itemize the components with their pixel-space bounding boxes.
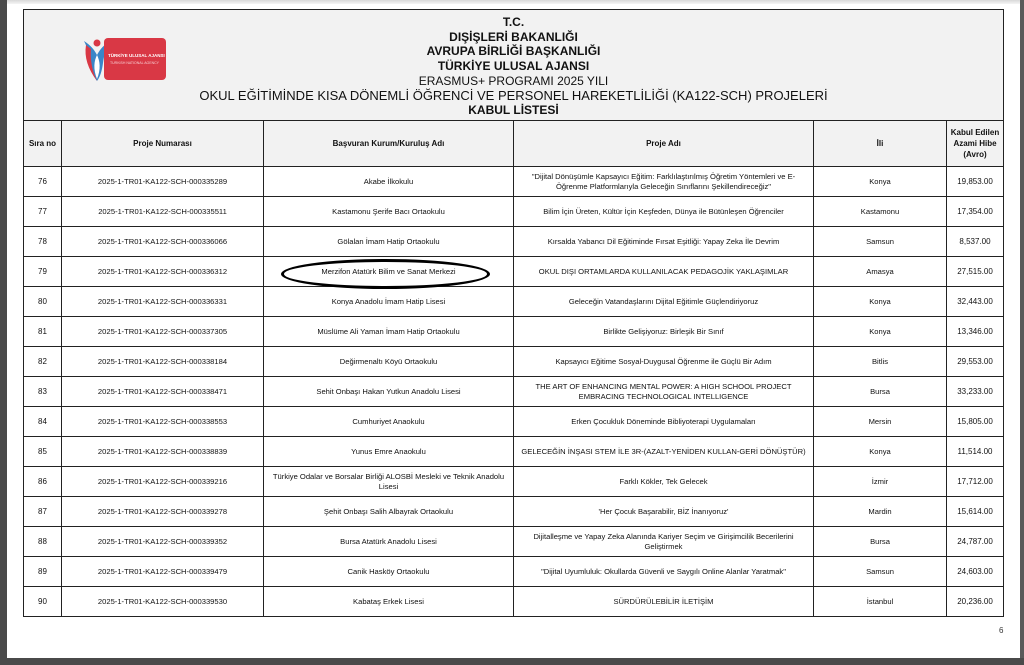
cell-kurum: Yunus Emre Anaokulu bbox=[264, 437, 514, 467]
col-header-hibe: Kabul Edilen Azami Hibe (Avro) bbox=[947, 121, 1004, 167]
title-block: T.C. DIŞİŞLERİ BAKANLIĞI AVRUPA BİRLİĞİ … bbox=[24, 12, 1003, 118]
cell-il: Kastamonu bbox=[814, 197, 947, 227]
cell-il: Amasya bbox=[814, 257, 947, 287]
table-row: 902025-1-TR01-KA122-SCH-000339530Kabataş… bbox=[24, 587, 1004, 617]
cell-hibe: 32,443.00 bbox=[947, 287, 1004, 317]
title-line-tc: T.C. bbox=[24, 15, 1003, 30]
cell-proje-adi: Farklı Kökler, Tek Gelecek bbox=[514, 467, 814, 497]
cell-proje-adi: "Dijital Uyumluluk: Okullarda Güvenli ve… bbox=[514, 557, 814, 587]
cell-kurum: Gölalan İmam Hatip Ortaokulu bbox=[264, 227, 514, 257]
cell-sira: 85 bbox=[24, 437, 62, 467]
cell-sira: 86 bbox=[24, 467, 62, 497]
cell-kurum: Bursa Atatürk Anadolu Lisesi bbox=[264, 527, 514, 557]
viewer-bottom-edge bbox=[0, 658, 1024, 665]
cell-proje-no: 2025-1-TR01-KA122-SCH-000335511 bbox=[62, 197, 264, 227]
cell-kurum: Kastamonu Şerife Bacı Ortaokulu bbox=[264, 197, 514, 227]
cell-proje-no: 2025-1-TR01-KA122-SCH-000338553 bbox=[62, 407, 264, 437]
cell-proje-adi: Birlikte Gelişiyoruz: Birleşik Bir Sınıf bbox=[514, 317, 814, 347]
cell-proje-no: 2025-1-TR01-KA122-SCH-000338184 bbox=[62, 347, 264, 377]
cell-sira: 89 bbox=[24, 557, 62, 587]
cell-kurum: Sehit Onbaşı Hakan Yutkun Anadolu Lisesi bbox=[264, 377, 514, 407]
cell-il: Mardin bbox=[814, 497, 947, 527]
cell-il: Bursa bbox=[814, 377, 947, 407]
turkish-national-agency-logo: TÜRKİYE ULUSAL AJANSI TURKISH NATIONAL A… bbox=[82, 36, 168, 82]
table-row: 872025-1-TR01-KA122-SCH-000339278Şehit O… bbox=[24, 497, 1004, 527]
cell-proje-adi: "Dijital Dönüşümle Kapsayıcı Eğitim: Far… bbox=[514, 167, 814, 197]
cell-hibe: 29,553.00 bbox=[947, 347, 1004, 377]
cell-proje-no: 2025-1-TR01-KA122-SCH-000339278 bbox=[62, 497, 264, 527]
title-line-ministry: DIŞİŞLERİ BAKANLIĞI bbox=[24, 30, 1003, 45]
cell-il: Konya bbox=[814, 287, 947, 317]
cell-sira: 77 bbox=[24, 197, 62, 227]
cell-hibe: 17,712.00 bbox=[947, 467, 1004, 497]
table-row: 802025-1-TR01-KA122-SCH-000336331Konya A… bbox=[24, 287, 1004, 317]
viewer-right-edge bbox=[1020, 0, 1024, 665]
table-row: 772025-1-TR01-KA122-SCH-000335511Kastamo… bbox=[24, 197, 1004, 227]
cell-kurum: Konya Anadolu İmam Hatip Lisesi bbox=[264, 287, 514, 317]
cell-proje-adi: SÜRDÜRÜLEBİLİR İLETİŞİM bbox=[514, 587, 814, 617]
title-line-action: OKUL EĞİTİMİNDE KISA DÖNEMLİ ÖĞRENCİ VE … bbox=[24, 89, 1003, 104]
table-row: 792025-1-TR01-KA122-SCH-000336312Merzifo… bbox=[24, 257, 1004, 287]
cell-proje-adi: THE ART OF ENHANCING MENTAL POWER: A HIG… bbox=[514, 377, 814, 407]
cell-proje-adi: OKUL DIŞI ORTAMLARDA KULLANILACAK PEDAGO… bbox=[514, 257, 814, 287]
cell-proje-no: 2025-1-TR01-KA122-SCH-000339352 bbox=[62, 527, 264, 557]
cell-hibe: 8,537.00 bbox=[947, 227, 1004, 257]
cell-proje-adi: Kapsayıcı Eğitime Sosyal-Duygusal Öğrenm… bbox=[514, 347, 814, 377]
table-row: 842025-1-TR01-KA122-SCH-000338553Cumhuri… bbox=[24, 407, 1004, 437]
acceptance-list-table: TÜRKİYE ULUSAL AJANSI TURKISH NATIONAL A… bbox=[23, 9, 1004, 617]
cell-sira: 76 bbox=[24, 167, 62, 197]
cell-il: Konya bbox=[814, 317, 947, 347]
col-header-proje-adi: Proje Adı bbox=[514, 121, 814, 167]
table-row: 812025-1-TR01-KA122-SCH-000337305Müslüme… bbox=[24, 317, 1004, 347]
cell-il: Konya bbox=[814, 437, 947, 467]
cell-proje-adi: Bilim İçin Üreten, Kültür İçin Keşfeden,… bbox=[514, 197, 814, 227]
logo-subtitle: TURKISH NATIONAL AGENCY bbox=[110, 58, 159, 68]
cell-il: İzmir bbox=[814, 467, 947, 497]
viewer-top-edge bbox=[7, 0, 1024, 4]
cell-hibe: 19,853.00 bbox=[947, 167, 1004, 197]
cell-hibe: 13,346.00 bbox=[947, 317, 1004, 347]
cell-hibe: 24,603.00 bbox=[947, 557, 1004, 587]
cell-kurum: Canik Hasköy Ortaokulu bbox=[264, 557, 514, 587]
table-body: 762025-1-TR01-KA122-SCH-000335289Akabe İ… bbox=[24, 167, 1004, 617]
cell-proje-no: 2025-1-TR01-KA122-SCH-000337305 bbox=[62, 317, 264, 347]
cell-proje-adi: GELECEĞİN İNŞASI STEM İLE 3R-(AZALT-YENİ… bbox=[514, 437, 814, 467]
cell-sira: 87 bbox=[24, 497, 62, 527]
cell-sira: 84 bbox=[24, 407, 62, 437]
table-row: 862025-1-TR01-KA122-SCH-000339216Türkiye… bbox=[24, 467, 1004, 497]
cell-proje-no: 2025-1-TR01-KA122-SCH-000336331 bbox=[62, 287, 264, 317]
table-row: 892025-1-TR01-KA122-SCH-000339479Canik H… bbox=[24, 557, 1004, 587]
table-row: 832025-1-TR01-KA122-SCH-000338471Sehit O… bbox=[24, 377, 1004, 407]
cell-proje-adi: Erken Çocukluk Döneminde Bibliyoterapi U… bbox=[514, 407, 814, 437]
cell-sira: 81 bbox=[24, 317, 62, 347]
cell-proje-adi: 'Her Çocuk Başarabilir, BİZ İnanıyoruz' bbox=[514, 497, 814, 527]
page-number: 6 bbox=[999, 626, 1003, 635]
table-row: 782025-1-TR01-KA122-SCH-000336066Gölalan… bbox=[24, 227, 1004, 257]
cell-kurum: Cumhuriyet Anaokulu bbox=[264, 407, 514, 437]
cell-proje-no: 2025-1-TR01-KA122-SCH-000335289 bbox=[62, 167, 264, 197]
title-line-eu-directorate: AVRUPA BİRLİĞİ BAŞKANLIĞI bbox=[24, 44, 1003, 59]
column-header-row: Sıra no Proje Numarası Başvuran Kurum/Ku… bbox=[24, 121, 1004, 167]
cell-proje-no: 2025-1-TR01-KA122-SCH-000336312 bbox=[62, 257, 264, 287]
cell-il: Mersin bbox=[814, 407, 947, 437]
cell-kurum: Değirmenaltı Köyü Ortaokulu bbox=[264, 347, 514, 377]
cell-kurum: Türkiye Odalar ve Borsalar Birliği ALOSB… bbox=[264, 467, 514, 497]
cell-kurum: Merzifon Atatürk Bilim ve Sanat Merkezi bbox=[264, 257, 514, 287]
cell-il: Samsun bbox=[814, 557, 947, 587]
cell-hibe: 20,236.00 bbox=[947, 587, 1004, 617]
cell-proje-no: 2025-1-TR01-KA122-SCH-000338839 bbox=[62, 437, 264, 467]
table-row: 762025-1-TR01-KA122-SCH-000335289Akabe İ… bbox=[24, 167, 1004, 197]
cell-kurum: Kabataş Erkek Lisesi bbox=[264, 587, 514, 617]
cell-proje-no: 2025-1-TR01-KA122-SCH-000339479 bbox=[62, 557, 264, 587]
cell-kurum: Müslüme Ali Yaman İmam Hatip Ortaokulu bbox=[264, 317, 514, 347]
col-header-sira: Sıra no bbox=[24, 121, 62, 167]
cell-hibe: 33,233.00 bbox=[947, 377, 1004, 407]
table-row: 852025-1-TR01-KA122-SCH-000338839Yunus E… bbox=[24, 437, 1004, 467]
cell-kurum: Şehit Onbaşı Salih Albayrak Ortaokulu bbox=[264, 497, 514, 527]
cell-hibe: 27,515.00 bbox=[947, 257, 1004, 287]
cell-il: İstanbul bbox=[814, 587, 947, 617]
cell-il: Konya bbox=[814, 167, 947, 197]
table-row: 822025-1-TR01-KA122-SCH-000338184Değirme… bbox=[24, 347, 1004, 377]
col-header-kurum: Başvuran Kurum/Kuruluş Adı bbox=[264, 121, 514, 167]
cell-proje-no: 2025-1-TR01-KA122-SCH-000338471 bbox=[62, 377, 264, 407]
cell-il: Bursa bbox=[814, 527, 947, 557]
title-line-programme: ERASMUS+ PROGRAMI 2025 YILI bbox=[24, 74, 1003, 89]
col-header-proje-no: Proje Numarası bbox=[62, 121, 264, 167]
cell-proje-adi: Geleceğin Vatandaşlarını Dijital Eğitiml… bbox=[514, 287, 814, 317]
cell-sira: 79 bbox=[24, 257, 62, 287]
cell-sira: 78 bbox=[24, 227, 62, 257]
cell-proje-adi: Dijitalleşme ve Yapay Zeka Alanında Kari… bbox=[514, 527, 814, 557]
cell-proje-no: 2025-1-TR01-KA122-SCH-000339530 bbox=[62, 587, 264, 617]
cell-proje-adi: Kırsalda Yabancı Dil Eğitiminde Fırsat E… bbox=[514, 227, 814, 257]
cell-il: Samsun bbox=[814, 227, 947, 257]
cell-sira: 83 bbox=[24, 377, 62, 407]
cell-proje-no: 2025-1-TR01-KA122-SCH-000339216 bbox=[62, 467, 264, 497]
cell-sira: 80 bbox=[24, 287, 62, 317]
title-line-list: KABUL LİSTESİ bbox=[24, 103, 1003, 118]
cell-sira: 90 bbox=[24, 587, 62, 617]
cell-sira: 88 bbox=[24, 527, 62, 557]
cell-hibe: 11,514.00 bbox=[947, 437, 1004, 467]
viewer-left-edge bbox=[0, 0, 7, 665]
title-line-agency: TÜRKİYE ULUSAL AJANSI bbox=[24, 59, 1003, 74]
cell-hibe: 15,805.00 bbox=[947, 407, 1004, 437]
table-row: 882025-1-TR01-KA122-SCH-000339352Bursa A… bbox=[24, 527, 1004, 557]
cell-hibe: 17,354.00 bbox=[947, 197, 1004, 227]
cell-sira: 82 bbox=[24, 347, 62, 377]
cell-hibe: 15,614.00 bbox=[947, 497, 1004, 527]
cell-kurum: Akabe İlkokulu bbox=[264, 167, 514, 197]
cell-hibe: 24,787.00 bbox=[947, 527, 1004, 557]
cell-proje-no: 2025-1-TR01-KA122-SCH-000336066 bbox=[62, 227, 264, 257]
document-header: TÜRKİYE ULUSAL AJANSI TURKISH NATIONAL A… bbox=[24, 10, 1004, 121]
cell-il: Bitlis bbox=[814, 347, 947, 377]
col-header-il: İli bbox=[814, 121, 947, 167]
